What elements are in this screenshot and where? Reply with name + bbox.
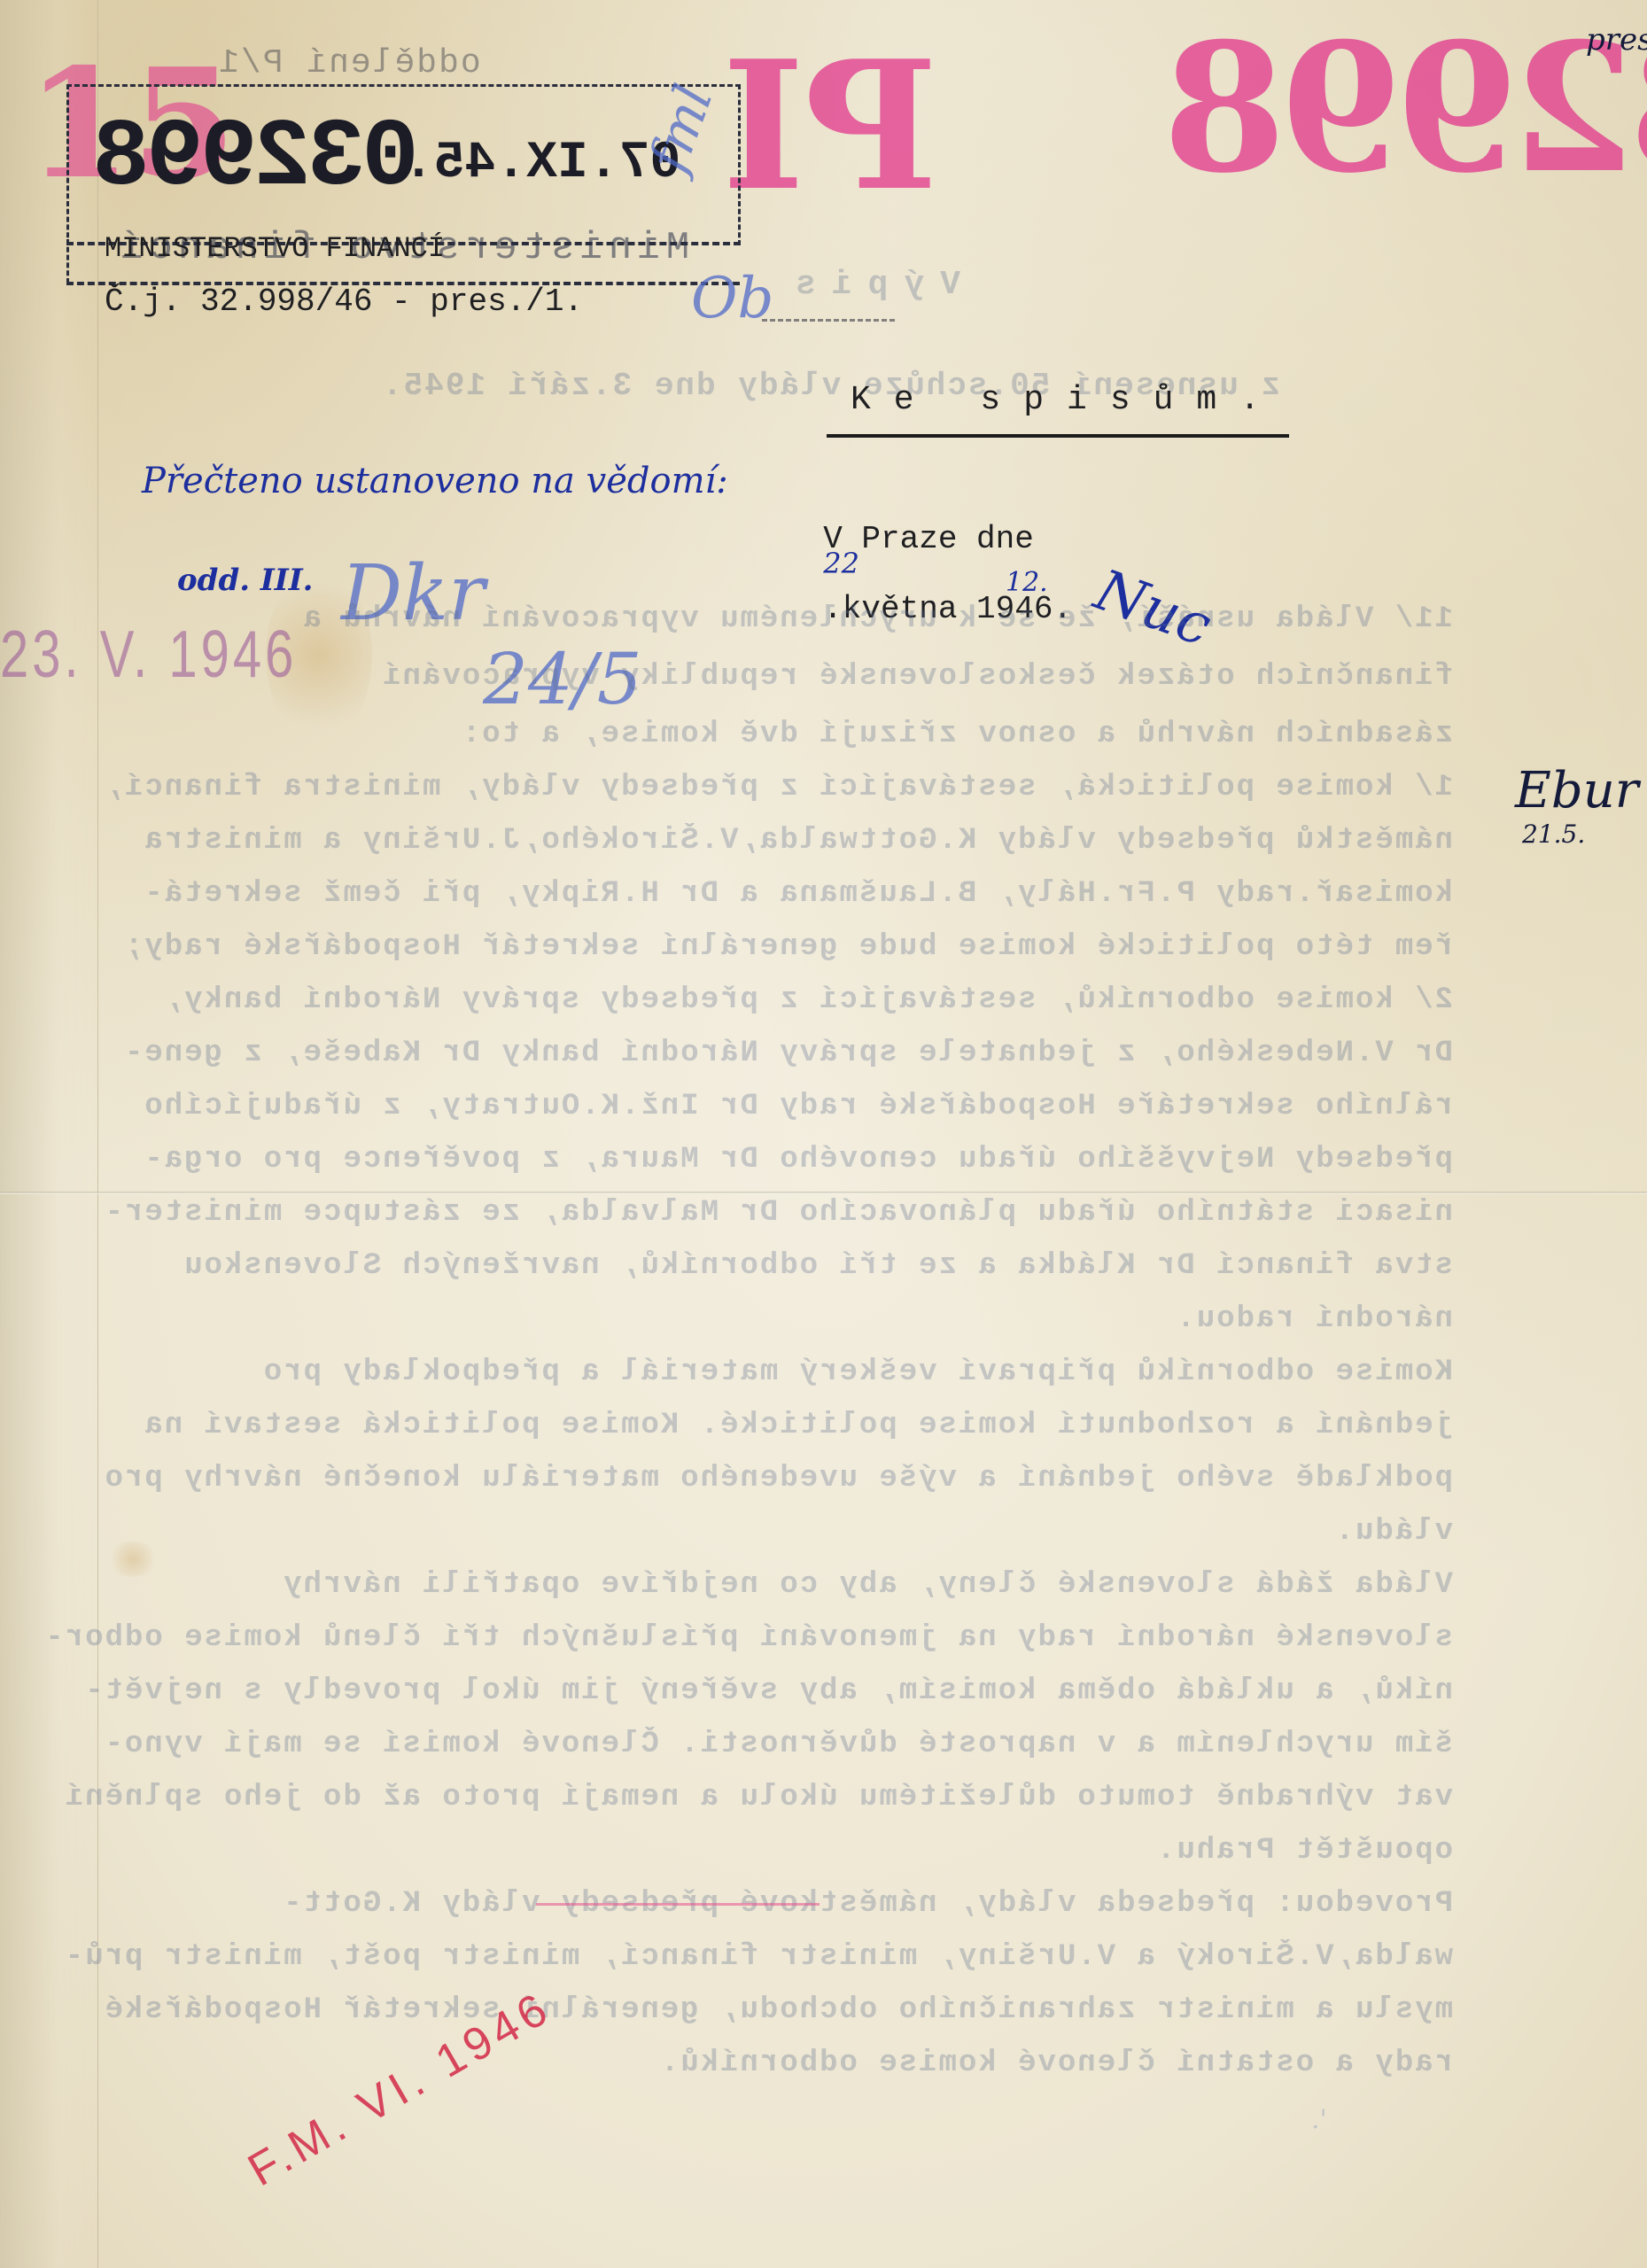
bleed-line: rady a ostatní členové komise odborníků. <box>0 2047 1453 2080</box>
bleed-line: národní radou. <box>0 1302 1453 1336</box>
signature-right: Ebur <box>1515 762 1639 819</box>
bleed-line: Dr V.Nebeského, z jednatele správy Národ… <box>0 1037 1453 1070</box>
top-right-note: pres <box>1586 22 1647 58</box>
title-underline <box>827 434 1289 438</box>
bleed-heading-underline <box>762 319 895 322</box>
bleed-line: rálního sekretáře Hospodářské rady Dr In… <box>0 1090 1453 1123</box>
bleed-line: předsedy Nejvyššího úřadu cenového Dr Ma… <box>0 1143 1453 1177</box>
registry-stamp-number: 032998 <box>96 105 419 213</box>
bleed-line: myslu a ministr zahraničního obchodu, ge… <box>0 1993 1453 2027</box>
faint-mark: .' <box>1311 2104 1327 2135</box>
bleed-line: 2/ komise odborníků, sestávající z předs… <box>0 983 1453 1017</box>
bleed-line: slovenské národní rady na jmenování přís… <box>0 1621 1453 1655</box>
paper-background <box>0 0 1647 2268</box>
bleed-line: níků, a ukládá oběma komisím, aby svěřen… <box>0 1674 1453 1708</box>
pink-stamp-number: 32998 <box>1169 4 1647 213</box>
registry-stamp-date: 07.IX.45. <box>403 135 680 192</box>
bleed-line: nisaci státního úřadu plánovacího Dr Mal… <box>0 1196 1453 1230</box>
bleed-line: 1/ komise politická, sestávající z předs… <box>0 771 1453 804</box>
bleed-line: opouštět Prahu. <box>0 1834 1453 1868</box>
bleed-line: řem této politické komise bude generální… <box>0 930 1453 964</box>
bleed-line: vat výhradně tomuto důležitému úkolu a n… <box>0 1781 1453 1814</box>
ministry-name: MINISTERSTVO FINANCÍ <box>105 232 445 265</box>
department-mirrored: oddělení P/1 <box>217 44 481 82</box>
bleed-line: zásadních návrhů a osnov zřizují dvě kom… <box>0 718 1453 751</box>
bleed-line: Komise odborníků připraví veškerý materi… <box>0 1355 1453 1389</box>
pink-stamp-letters: PI <box>722 22 938 230</box>
odd-label: odd. III. <box>177 563 313 598</box>
pink-underline <box>536 1903 820 1906</box>
bleed-line: stva financí Dr Kládka a ze tří odborník… <box>0 1249 1453 1283</box>
bleed-line: podkladě svého jednání a výše uvedeného … <box>0 1462 1453 1495</box>
bleed-heading: Výpis <box>780 266 960 304</box>
bleed-line: jednání a rozhodnutí komise politické. K… <box>0 1409 1453 1442</box>
registry-stamp-side <box>66 239 69 283</box>
bleed-line: ším urychlením a v naprosté důvěrnosti. … <box>0 1728 1453 1761</box>
binding-edge <box>0 0 98 2268</box>
bleed-line: 11/ Vláda usnáší, že se k urychlenému vy… <box>0 602 1453 636</box>
bleed-line: vládu. <box>0 1515 1453 1549</box>
bleed-line: náměstků předsedy vlády K.Gottwalda,V.Ši… <box>0 824 1453 858</box>
bleed-line: walda,V.Široký a V.Uršiny, ministr finan… <box>0 1940 1453 1974</box>
signature-right-date: 21.5. <box>1522 819 1585 849</box>
paper-fold <box>0 1192 1647 1194</box>
bleed-line: Vláda žádá slovenské členy, aby co nejdř… <box>0 1568 1453 1602</box>
place-date-day: 22 <box>823 547 859 580</box>
reference-number: Č.j. 32.998/46 - pres./1. <box>105 283 583 320</box>
bleed-line: komisař.rady P.Fr.Hály, B.Laušmana a Dr … <box>0 877 1453 911</box>
handwritten-note: Přečteno ustanoveno na vědomí: <box>142 461 728 501</box>
number-mark: 12. <box>1006 567 1048 598</box>
document-title: Ke spisům. <box>851 381 1283 419</box>
bleed-line: finančních otázek československé republi… <box>0 660 1453 694</box>
